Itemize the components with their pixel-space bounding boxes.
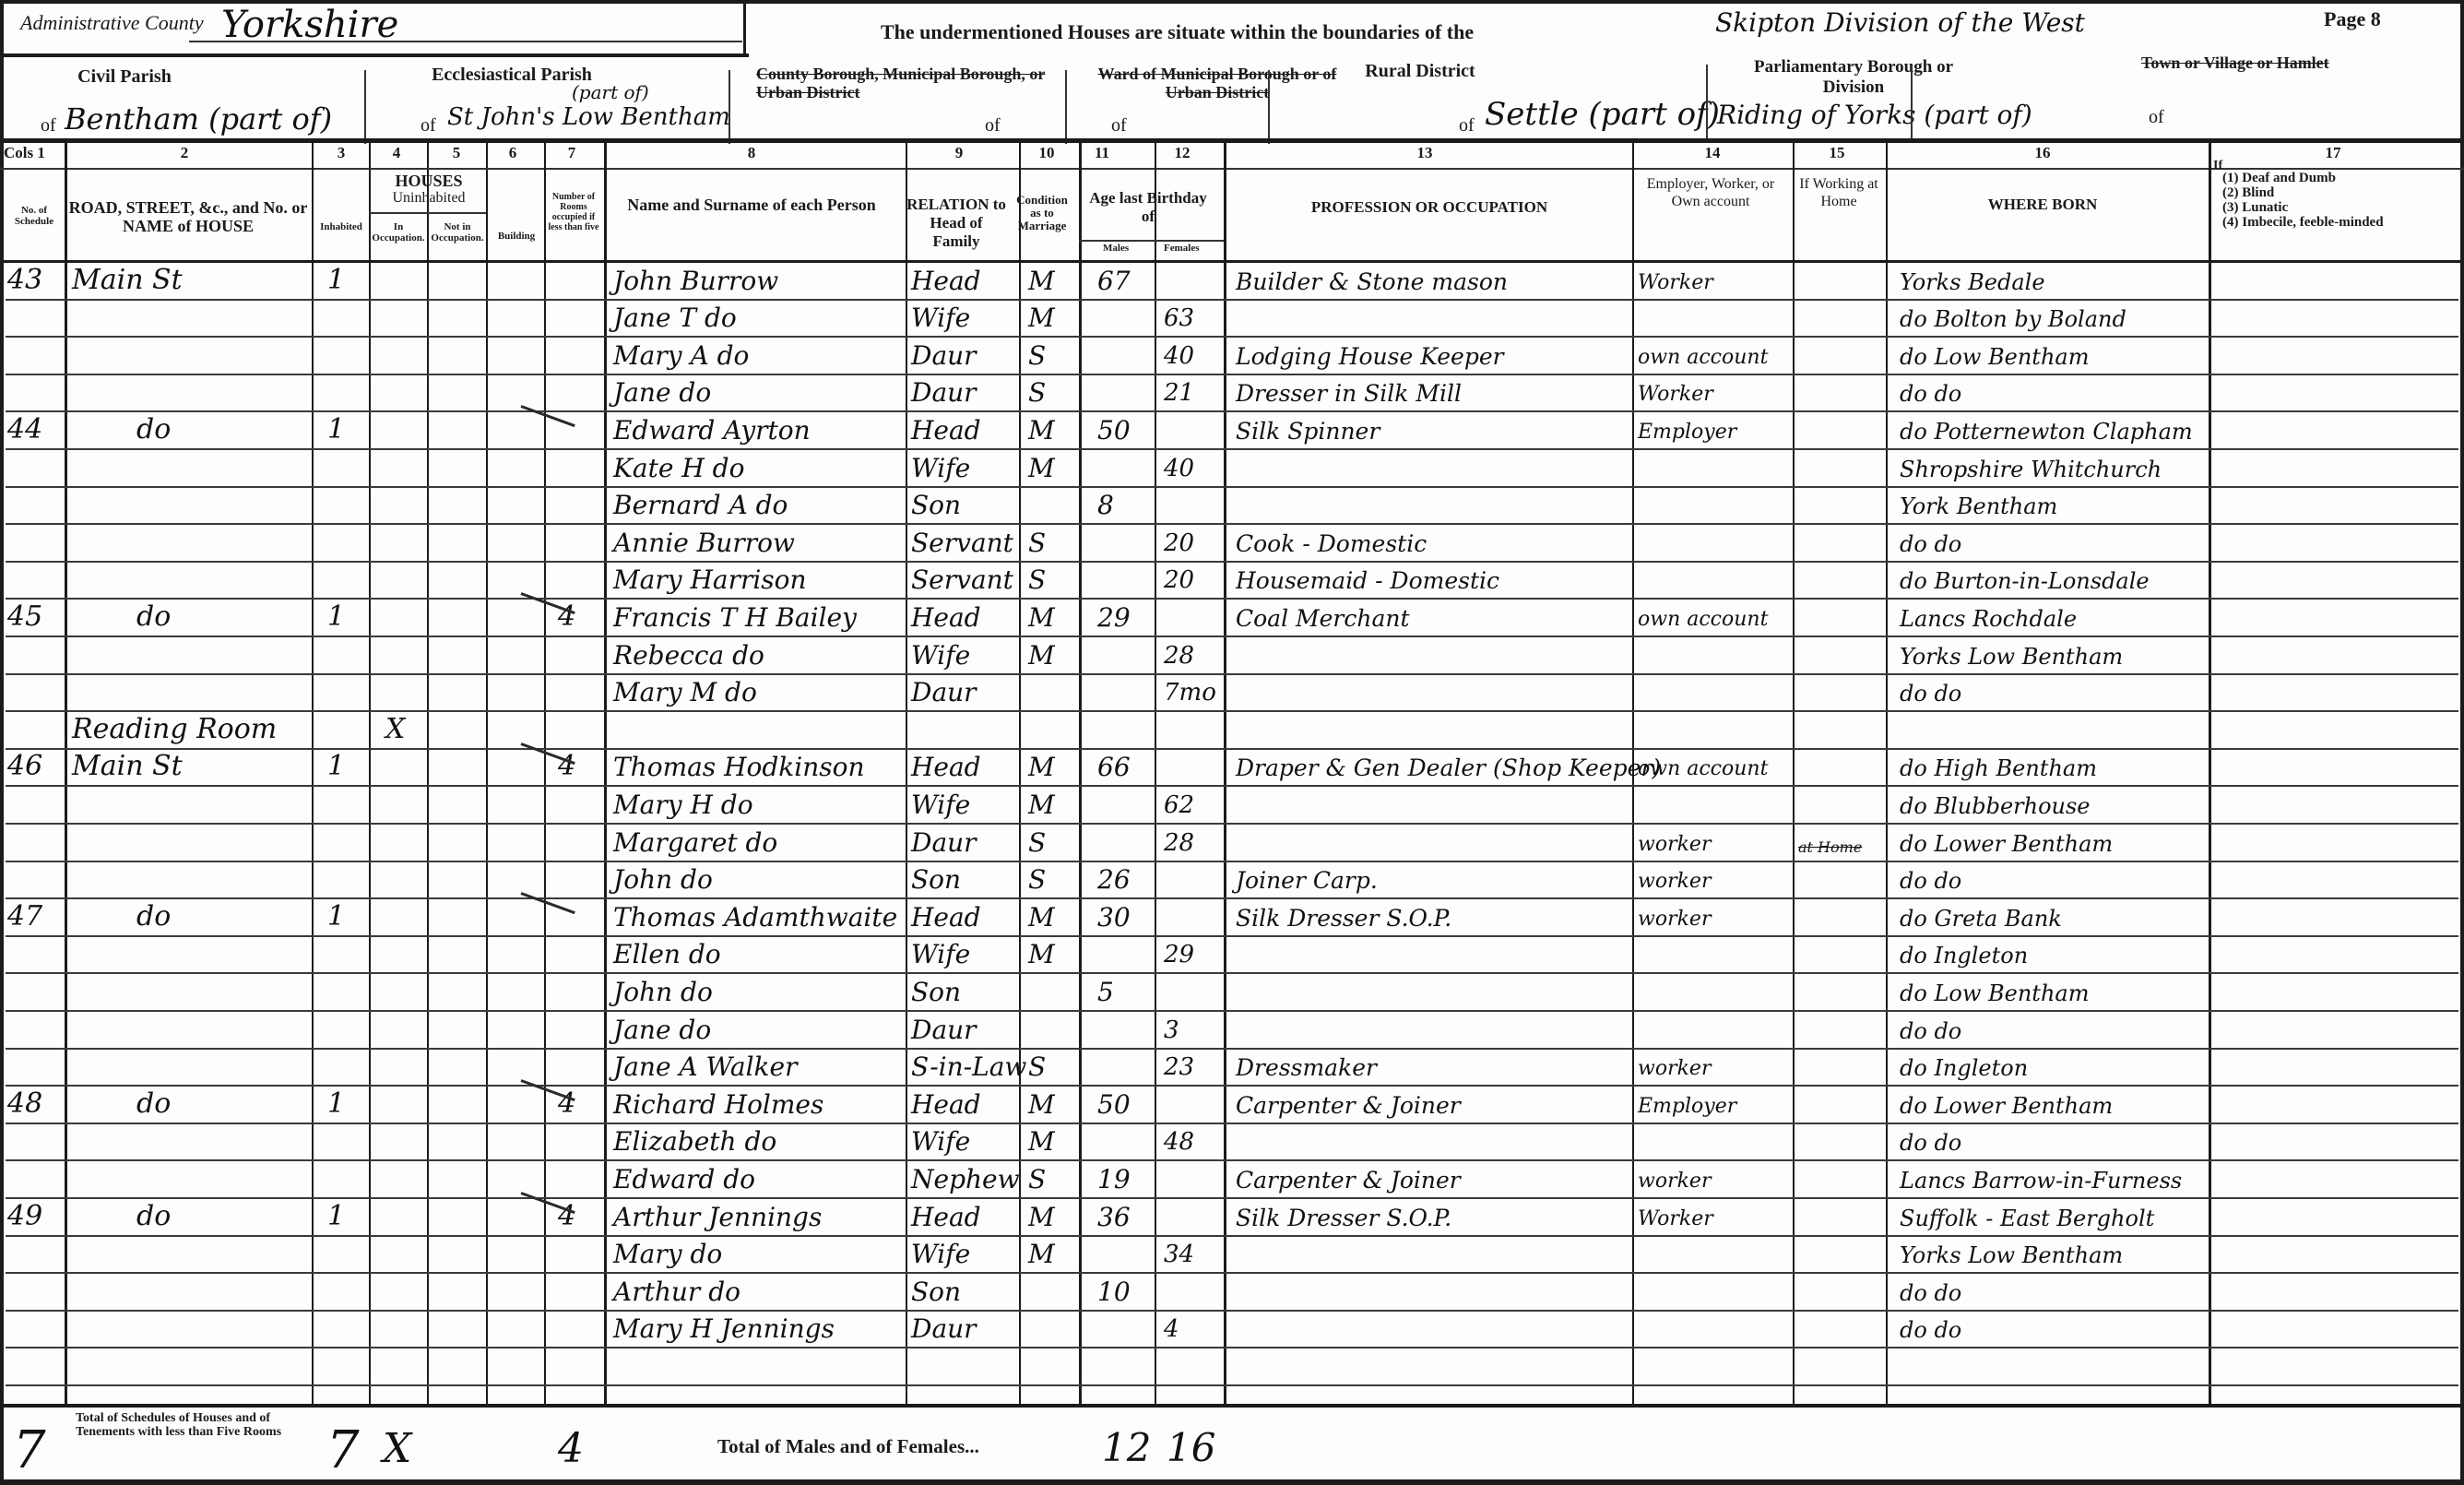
col-header-road: ROAD, STREET, &c., and No. or NAME of HO… <box>68 198 308 235</box>
cell-occupation: Carpenter & Joiner <box>1236 1092 1632 1119</box>
column-number: 3 <box>323 144 360 162</box>
column-number: 8 <box>733 144 770 162</box>
column-number: 2 <box>166 144 203 162</box>
cell-occupation: Builder & Stone mason <box>1236 268 1632 295</box>
total-schedules-label: Total of Schedules of Houses and of Tene… <box>76 1411 297 1439</box>
cell-female-age: 40 <box>1164 455 1219 482</box>
cell-name: Arthur Jennings <box>613 1202 906 1232</box>
cell-condition: M <box>1028 640 1074 671</box>
cell-relation: Son <box>911 490 1020 520</box>
column-number: 6 <box>494 144 531 162</box>
cell-where-born: do Blubberhouse <box>1900 793 2213 819</box>
cell-where-born: do Lower Bentham <box>1900 1093 2213 1119</box>
cell-road: Main St <box>72 264 312 296</box>
cell-name: Jane do <box>613 377 906 408</box>
cell-condition: M <box>1028 1126 1074 1157</box>
cell-name: Francis T H Bailey <box>613 602 906 633</box>
cell-condition: M <box>1028 1239 1074 1269</box>
column-number: Cols 1 <box>4 144 59 162</box>
ward-label: Ward of Municipal Borough or of Urban Di… <box>1079 65 1356 101</box>
cell-relation: Nephew <box>911 1164 1020 1194</box>
cell-condition: M <box>1028 790 1074 820</box>
cell-condition: M <box>1028 902 1074 933</box>
col-header-males: Males <box>1103 243 1129 254</box>
cell-where-born: Yorks Bedale <box>1900 269 2213 295</box>
cell-name: Arthur do <box>613 1277 906 1307</box>
cell-employer: Worker <box>1638 271 1795 294</box>
cell-name: Mary do <box>613 1239 906 1269</box>
cell-occupation: Dresser in Silk Mill <box>1236 380 1632 407</box>
cell-rooms: 4 <box>558 1087 595 1120</box>
column-number: 14 <box>1694 144 1731 162</box>
county-borough-label: County Borough, Municipal Borough, or Ur… <box>756 65 1051 101</box>
col-header-schedule: No. of Schedule <box>4 205 65 227</box>
cell-occupation: Cook - Domestic <box>1236 530 1632 557</box>
cell-name: Jane A Walker <box>613 1051 906 1082</box>
cell-occupation: Joiner Carp. <box>1236 867 1632 894</box>
rural-district-label: Rural District <box>1328 61 1512 82</box>
column-number: 5 <box>438 144 475 162</box>
cell-road: Main St <box>72 750 312 782</box>
cell-relation: Head <box>911 602 1020 633</box>
cell-where-born: Suffolk - East Bergholt <box>1900 1206 2213 1231</box>
cell-relation: Wife <box>911 939 1020 969</box>
cell-inhabited: 1 <box>327 264 364 296</box>
cell-name: Jane T do <box>613 303 906 333</box>
cell-where-born: Yorks Low Bentham <box>1900 644 2213 670</box>
cell-condition: S <box>1028 827 1074 858</box>
col-header-in-occupation: In Occupation. <box>371 221 426 244</box>
cell-condition: S <box>1028 564 1074 595</box>
col-header-inhabited: Inhabited <box>314 221 369 232</box>
col-header-at-home: If Working at Home <box>1793 175 1885 210</box>
column-number: 17 <box>2315 144 2351 162</box>
col-header-houses: HOUSES <box>314 172 544 191</box>
column-number: 9 <box>941 144 977 162</box>
total-inhabited: 7 <box>326 1420 360 1480</box>
cell-occupation: Housemaid - Domestic <box>1236 567 1632 594</box>
cell-name: Margaret do <box>613 827 906 858</box>
cell-name: Mary H do <box>613 790 906 820</box>
cell-where-born: do Ingleton <box>1900 1055 2213 1081</box>
cell-female-age: 21 <box>1164 379 1219 407</box>
cell-road: Reading Room <box>72 713 312 745</box>
cell-relation: Wife <box>911 303 1020 333</box>
col-header-infirmity: (1) Deaf and Dumb(2) Blind(3) Lunatic(4)… <box>2222 171 2384 230</box>
cell-schedule: 45 <box>7 600 61 633</box>
cell-name: Kate H do <box>613 453 906 483</box>
cell-relation: Daur <box>911 377 1020 408</box>
cell-relation: Daur <box>911 1015 1020 1045</box>
cell-name: Edward do <box>613 1164 906 1194</box>
cell-employer: Employer <box>1638 421 1795 444</box>
cell-where-born: do Lower Bentham <box>1900 831 2213 857</box>
total-females: 16 <box>1167 1425 1215 1470</box>
cell-female-age: 48 <box>1164 1128 1219 1156</box>
cell-condition: M <box>1028 939 1074 969</box>
col-header-relation: RELATION to Head of Family <box>906 196 1007 251</box>
cell-employer: own account <box>1638 757 1795 780</box>
cell-condition: M <box>1028 602 1074 633</box>
cell-relation: Son <box>911 1277 1020 1307</box>
col-header-name: Name and Surname of each Person <box>609 196 894 214</box>
cell-name: Elizabeth do <box>613 1126 906 1157</box>
cell-at-home: at Home <box>1798 838 1886 856</box>
cell-name: John Burrow <box>613 266 906 296</box>
cell-relation: Head <box>911 752 1020 782</box>
cell-condition: M <box>1028 266 1074 296</box>
cell-female-age: 40 <box>1164 342 1219 370</box>
parl-borough-value: Riding of Yorks (part of) <box>1717 100 2032 130</box>
cell-where-born: do do <box>1900 1317 2213 1343</box>
cell-employer: worker <box>1638 1170 1795 1193</box>
cell-condition: S <box>1028 1164 1074 1194</box>
column-number: 10 <box>1028 144 1065 162</box>
cell-male-age: 50 <box>1097 1089 1151 1120</box>
cell-condition: M <box>1028 453 1074 483</box>
cell-employer: worker <box>1638 1057 1795 1080</box>
cell-name: Mary H Jennings <box>613 1313 906 1344</box>
cell-relation: Wife <box>911 640 1020 671</box>
col-header-where-born: WHERE BORN <box>1890 196 2195 214</box>
cell-inhabited: 1 <box>327 413 364 445</box>
cell-where-born: do Ingleton <box>1900 943 2213 968</box>
cell-relation: Servant <box>911 528 1020 558</box>
cell-female-age: 34 <box>1164 1241 1219 1268</box>
rural-district-value: Settle (part of) <box>1485 96 1720 133</box>
col-header-condition: Condition as to Marriage <box>1014 194 1070 232</box>
cell-occupation: Silk Dresser S.O.P. <box>1236 905 1632 932</box>
cell-name: Edward Ayrton <box>613 415 906 445</box>
cell-female-age: 3 <box>1164 1016 1219 1044</box>
cell-where-born: do do <box>1900 1018 2213 1044</box>
cell-relation: Daur <box>911 340 1020 371</box>
cell-condition: M <box>1028 303 1074 333</box>
cell-female-age: 62 <box>1164 791 1219 819</box>
cell-relation: Son <box>911 864 1020 895</box>
column-number: 11 <box>1084 144 1120 162</box>
cell-rooms: 4 <box>558 600 595 633</box>
cell-condition: M <box>1028 415 1074 445</box>
cell-occupation: Dressmaker <box>1236 1054 1632 1081</box>
cell-employer: Worker <box>1638 383 1795 406</box>
cell-relation: Servant <box>911 564 1020 595</box>
column-number: 12 <box>1164 144 1201 162</box>
cell-relation: Head <box>911 902 1020 933</box>
cell-relation: Daur <box>911 827 1020 858</box>
cell-female-age: 28 <box>1164 642 1219 670</box>
column-number: 16 <box>2024 144 2061 162</box>
col-header-occupation: PROFESSION OR OCCUPATION <box>1226 198 1632 217</box>
cell-name: Mary M do <box>613 677 906 707</box>
cell-male-age: 19 <box>1097 1164 1151 1194</box>
cell-name: John do <box>613 864 906 895</box>
cell-relation: Wife <box>911 453 1020 483</box>
eccl-parish-note: (part of) <box>572 81 649 103</box>
cell-schedule: 48 <box>7 1087 61 1120</box>
page-number: Page 8 <box>2324 7 2381 31</box>
cell-where-born: do do <box>1900 381 2213 407</box>
cell-female-age: 23 <box>1164 1053 1219 1081</box>
cell-schedule: 46 <box>7 750 61 782</box>
cell-female-age: 20 <box>1164 566 1219 594</box>
cell-male-age: 67 <box>1097 266 1151 296</box>
cell-where-born: do do <box>1900 681 2213 707</box>
cell-male-age: 50 <box>1097 415 1151 445</box>
cell-condition: S <box>1028 340 1074 371</box>
cell-name: John do <box>613 977 906 1007</box>
cell-occupation: Coal Merchant <box>1236 605 1632 632</box>
cell-rooms: 4 <box>558 1200 595 1232</box>
cell-female-age: 28 <box>1164 829 1219 857</box>
cell-male-age: 66 <box>1097 752 1151 782</box>
total-persons-label: Total of Males and of Females... <box>717 1435 979 1458</box>
cell-employer: worker <box>1638 833 1795 856</box>
cell-condition: M <box>1028 1202 1074 1232</box>
cell-where-born: do do <box>1900 1130 2213 1156</box>
cell-relation: Daur <box>911 1313 1020 1344</box>
cell-employer: worker <box>1638 908 1795 931</box>
cell-name: Rebecca do <box>613 640 906 671</box>
cell-where-born: York Bentham <box>1900 493 2213 519</box>
cell-employer: Employer <box>1638 1095 1795 1118</box>
total-males: 12 <box>1102 1425 1151 1470</box>
col-header-uninhabited: Uninhabited <box>369 190 489 207</box>
cell-employer: Worker <box>1638 1207 1795 1230</box>
cell-name: Jane do <box>613 1015 906 1045</box>
intro-text: The undermentioned Houses are situate wi… <box>881 20 1474 44</box>
column-number: 15 <box>1818 144 1855 162</box>
cell-male-age: 26 <box>1097 864 1151 895</box>
cell-relation: Wife <box>911 790 1020 820</box>
cell-name: Mary Harrison <box>613 564 906 595</box>
cell-relation: Wife <box>911 1126 1020 1157</box>
cell-name: Thomas Hodkinson <box>613 752 906 782</box>
column-number: 13 <box>1406 144 1443 162</box>
cell-where-born: do Low Bentham <box>1900 980 2213 1006</box>
cell-occupation: Carpenter & Joiner <box>1236 1167 1632 1194</box>
total-rooms: 4 <box>558 1425 584 1472</box>
cell-where-born: Lancs Rochdale <box>1900 606 2213 632</box>
cell-female-age: 4 <box>1164 1315 1219 1343</box>
cell-name: Mary A do <box>613 340 906 371</box>
cell-where-born: do Greta Bank <box>1900 906 2213 932</box>
cell-name: Richard Holmes <box>613 1089 906 1120</box>
cell-schedule: 47 <box>7 900 61 933</box>
cell-male-age: 5 <box>1097 977 1151 1007</box>
cell-where-born: Lancs Barrow-in-Furness <box>1900 1168 2213 1194</box>
total-uninhabited: X <box>383 1425 411 1472</box>
cell-male-age: 29 <box>1097 602 1151 633</box>
column-number: 7 <box>553 144 590 162</box>
cell-employer: own account <box>1638 608 1795 631</box>
cell-where-born: do Burton-in-Lonsdale <box>1900 568 2213 594</box>
cell-name: Bernard A do <box>613 490 906 520</box>
eccl-parish-value: St John's Low Bentham <box>447 103 730 131</box>
cell-female-age: 29 <box>1164 941 1219 968</box>
cell-condition: M <box>1028 1089 1074 1120</box>
cell-schedule: 44 <box>7 413 61 445</box>
civil-parish-label: Civil Parish <box>37 66 212 88</box>
col-header-age: Age last Birthday of <box>1084 189 1213 226</box>
town-label: Town or Village or Hamlet <box>2141 53 2329 73</box>
cell-rooms: 4 <box>558 750 595 782</box>
cell-where-born: do do <box>1900 531 2213 557</box>
cell-inhabited: 1 <box>327 1200 364 1232</box>
cell-occupation: Draper & Gen Dealer (Shop Keeper) <box>1236 754 1632 781</box>
admin-county-label: Administrative County <box>20 11 204 35</box>
cell-name: Annie Burrow <box>613 528 906 558</box>
cell-schedule: 43 <box>7 264 61 296</box>
cell-male-age: 36 <box>1097 1202 1151 1232</box>
col-header-building: Building <box>489 231 544 242</box>
cell-employer: own account <box>1638 346 1795 369</box>
cell-inhabited: 1 <box>327 1087 364 1120</box>
cell-condition: S <box>1028 864 1074 895</box>
col-header-rooms: Number of Rooms occupied if less than fi… <box>546 192 601 232</box>
cell-schedule: 49 <box>7 1200 61 1232</box>
cell-uninh-in: X <box>385 713 422 745</box>
cell-where-born: Yorks Low Bentham <box>1900 1242 2213 1268</box>
total-schedules: 7 <box>13 1420 46 1480</box>
division-value: Skipton Division of the West <box>1715 7 2085 38</box>
cell-inhabited: 1 <box>327 750 364 782</box>
census-page: Administrative County Yorkshire The unde… <box>0 0 2464 1485</box>
cell-male-age: 30 <box>1097 902 1151 933</box>
col-header-employer: Employer, Worker, or Own account <box>1632 175 1789 210</box>
cell-condition: M <box>1028 752 1074 782</box>
cell-where-born: do Bolton by Boland <box>1900 306 2213 332</box>
cell-relation: Head <box>911 1089 1020 1120</box>
cell-where-born: do High Bentham <box>1900 755 2213 781</box>
cell-inhabited: 1 <box>327 600 364 633</box>
cell-where-born: do do <box>1900 868 2213 894</box>
cell-where-born: do Low Bentham <box>1900 344 2213 370</box>
civil-parish-value: Bentham (part of) <box>65 101 332 137</box>
cell-relation: Son <box>911 977 1020 1007</box>
cell-where-born: do Potternewton Clapham <box>1900 419 2213 445</box>
cell-relation: Head <box>911 266 1020 296</box>
cell-relation: Wife <box>911 1239 1020 1269</box>
parl-borough-label: Parliamentary Borough or Division <box>1734 57 1973 98</box>
cell-name: Ellen do <box>613 939 906 969</box>
cell-inhabited: 1 <box>327 900 364 933</box>
col-header-females: Females <box>1164 243 1199 254</box>
cell-male-age: 10 <box>1097 1277 1151 1307</box>
cell-where-born: Shropshire Whitchurch <box>1900 457 2213 482</box>
cell-condition: S <box>1028 528 1074 558</box>
cell-name: Thomas Adamthwaite <box>613 902 906 933</box>
cell-occupation: Lodging House Keeper <box>1236 343 1632 370</box>
col-header-not-in-occupation: Not in Occupation. <box>430 221 485 244</box>
cell-employer: worker <box>1638 870 1795 893</box>
cell-occupation: Silk Spinner <box>1236 418 1632 445</box>
cell-relation: Head <box>911 415 1020 445</box>
cell-relation: Head <box>911 1202 1020 1232</box>
cell-relation: S-in-Law <box>911 1051 1020 1082</box>
cell-where-born: do do <box>1900 1280 2213 1306</box>
column-number: 4 <box>378 144 415 162</box>
cell-relation: Daur <box>911 677 1020 707</box>
cell-female-age: 7mo <box>1164 679 1219 707</box>
cell-male-age: 8 <box>1097 490 1151 520</box>
cell-occupation: Silk Dresser S.O.P. <box>1236 1205 1632 1231</box>
cell-condition: S <box>1028 1051 1074 1082</box>
cell-condition: S <box>1028 377 1074 408</box>
cell-female-age: 20 <box>1164 529 1219 557</box>
cell-female-age: 63 <box>1164 304 1219 332</box>
